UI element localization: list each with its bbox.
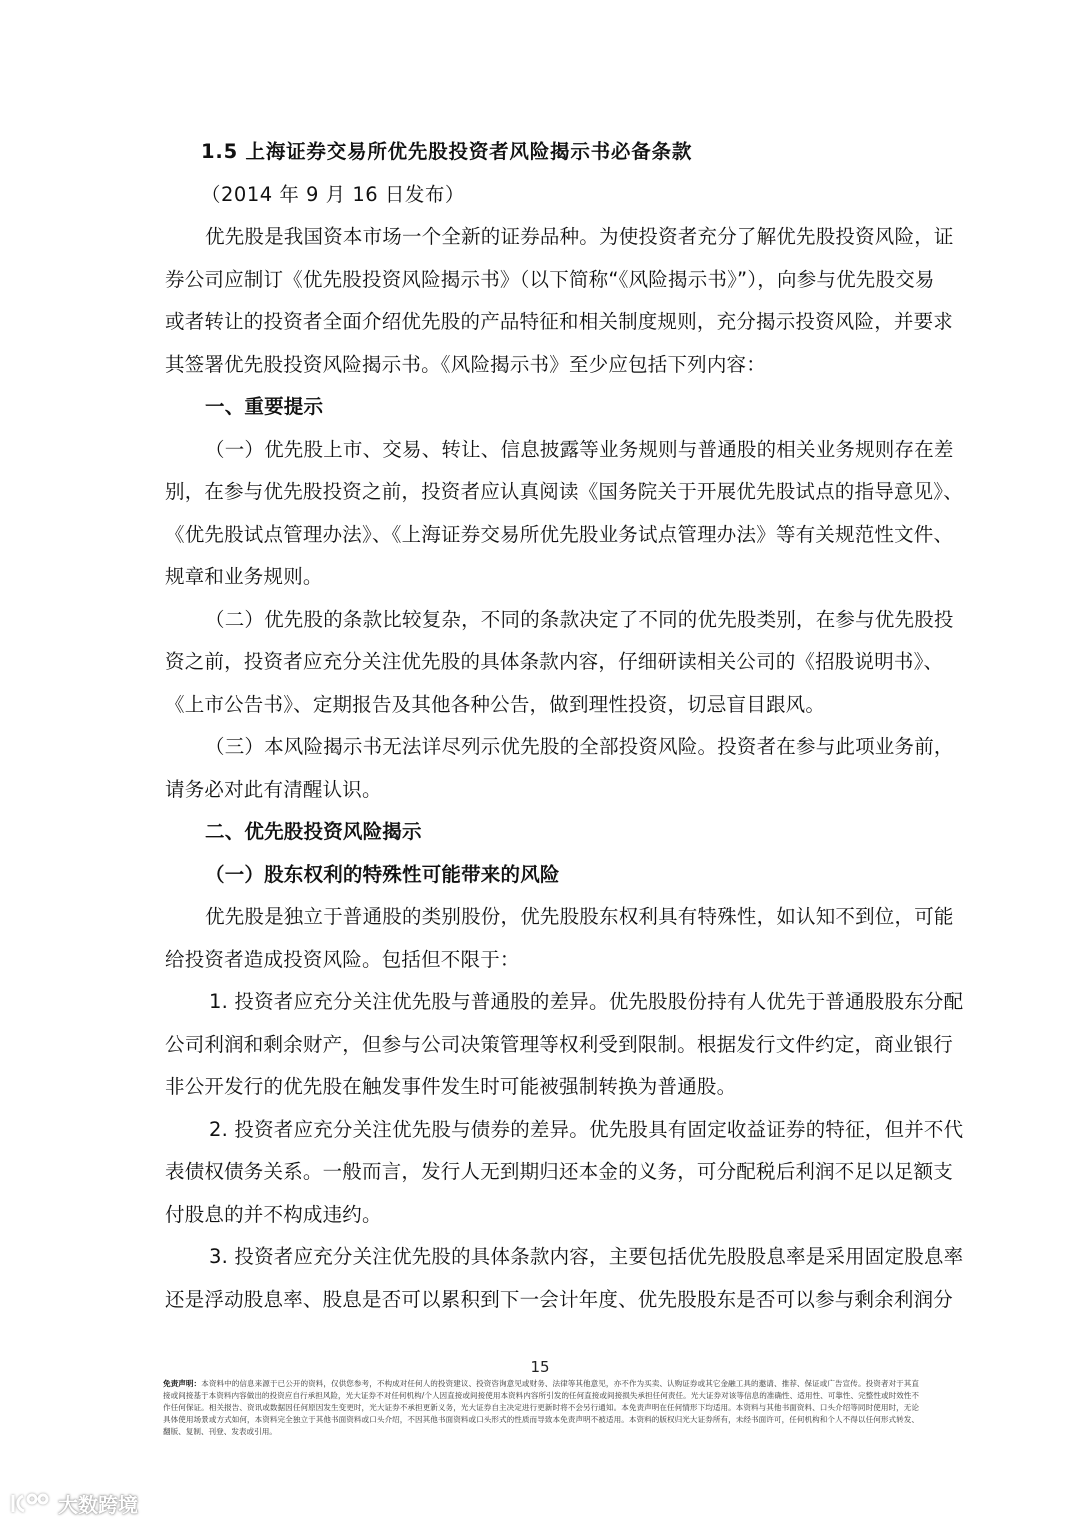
text-line: 优先股是我国资本市场一个全新的证券品种。为使投资者充分了解优先股投资风险，证 [165,216,917,259]
notice-item-3: （三）本风险揭示书无法详尽列示优先股的全部投资风险。投资者在参与此项业务前， 请… [165,726,917,811]
text-line: 其签署优先股投资风险揭示书。《风险揭示书》至少应包括下列内容： [165,344,917,387]
disclaimer-text: 本资料中的信息来源于已公开的资料，仅供您参考，不构成对任何人的投资建议、投资咨询… [163,1379,919,1436]
text-line: 《上市公告书》、定期报告及其他各种公告，做到理性投资，切忌盲目跟风。 [165,684,917,727]
document-page: 1.5 上海证券交易所优先股投资者风险揭示书必备条款 （2014 年 9 月 1… [0,0,1080,1528]
text-line: 还是浮动股息率、股息是否可以累积到下一会计年度、优先股股东是否可以参与剩余利润分 [165,1279,917,1322]
heading-risk-disclosure: 二、优先股投资风险揭示 [165,811,917,854]
risk-point-1: 1. 投资者应充分关注优先股与普通股的差异。优先股股份持有人优先于普通股股东分配… [165,981,917,1109]
text-line: （二）优先股的条款比较复杂，不同的条款决定了不同的优先股类别，在参与优先股投 [165,599,917,642]
text-line: 1. 投资者应充分关注优先股与普通股的差异。优先股股份持有人优先于普通股股东分配 [165,981,917,1024]
notice-item-2: （二）优先股的条款比较复杂，不同的条款决定了不同的优先股类别，在参与优先股投 资… [165,599,917,727]
text-line: 或者转让的投资者全面介绍优先股的产品特征和相关制度规则，充分揭示投资风险，并要求 [165,301,917,344]
text-line: 3. 投资者应充分关注优先股的具体条款内容，主要包括优先股股息率是采用固定股息率 [165,1236,917,1279]
intro-paragraph: 优先股是我国资本市场一个全新的证券品种。为使投资者充分了解优先股投资风险，证 券… [165,216,917,386]
k100-logo-icon [8,1491,52,1515]
heading-important-notes: 一、重要提示 [165,386,917,429]
text-line: 《优先股试点管理办法》、《上海证券交易所优先股业务试点管理办法》等有关规范性文件… [165,514,917,557]
text-line: 付股息的并不构成违约。 [165,1194,917,1237]
text-line: 资之前，投资者应充分关注优先股的具体条款内容，仔细研读相关公司的《招股说明书》、 [165,641,917,684]
watermark-text: 大数跨境 [58,1489,138,1518]
disclaimer: 免责声明：本资料中的信息来源于已公开的资料，仅供您参考，不构成对任何人的投资建议… [163,1378,919,1438]
text-line: （三）本风险揭示书无法详尽列示优先股的全部投资风险。投资者在参与此项业务前， [165,726,917,769]
disclaimer-label: 免责声明： [163,1379,201,1388]
page-number: 15 [0,1358,1080,1376]
publish-date: （2014 年 9 月 16 日发布） [165,174,917,217]
document-body: 1.5 上海证券交易所优先股投资者风险揭示书必备条款 （2014 年 9 月 1… [165,131,917,1321]
section-title: 1.5 上海证券交易所优先股投资者风险揭示书必备条款 [165,131,917,174]
risk-point-3: 3. 投资者应充分关注优先股的具体条款内容，主要包括优先股股息率是采用固定股息率… [165,1236,917,1321]
watermark: 大数跨境 [8,1490,138,1516]
text-line: 优先股是独立于普通股的类别股份，优先股股东权利具有特殊性，如认知不到位，可能 [165,896,917,939]
text-line: 给投资者造成投资风险。包括但不限于： [165,939,917,982]
text-line: 券公司应制订《优先股投资风险揭示书》（以下简称“《风险揭示书》”），向参与优先股… [165,259,917,302]
text-line: 请务必对此有清醒认识。 [165,769,917,812]
risk-point-2: 2. 投资者应充分关注优先股与债券的差异。优先股具有固定收益证券的特征，但并不代… [165,1109,917,1237]
text-line: 非公开发行的优先股在触发事件发生时可能被强制转换为普通股。 [165,1066,917,1109]
shareholder-rights-paragraph: 优先股是独立于普通股的类别股份，优先股股东权利具有特殊性，如认知不到位，可能 给… [165,896,917,981]
text-line: 别，在参与优先股投资之前，投资者应认真阅读《国务院关于开展优先股试点的指导意见》… [165,471,917,514]
text-line: 规章和业务规则。 [165,556,917,599]
text-line: 公司利润和剩余财产，但参与公司决策管理等权利受到限制。根据发行文件约定，商业银行 [165,1024,917,1067]
text-line: 2. 投资者应充分关注优先股与债券的差异。优先股具有固定收益证券的特征，但并不代 [165,1109,917,1152]
subheading-shareholder-rights-risk: （一）股东权利的特殊性可能带来的风险 [165,854,917,897]
text-line: 表债权债务关系。一般而言，发行人无到期归还本金的义务，可分配税后利润不足以足额支 [165,1151,917,1194]
notice-item-1: （一）优先股上市、交易、转让、信息披露等业务规则与普通股的相关业务规则存在差 别… [165,429,917,599]
text-line: （一）优先股上市、交易、转让、信息披露等业务规则与普通股的相关业务规则存在差 [165,429,917,472]
